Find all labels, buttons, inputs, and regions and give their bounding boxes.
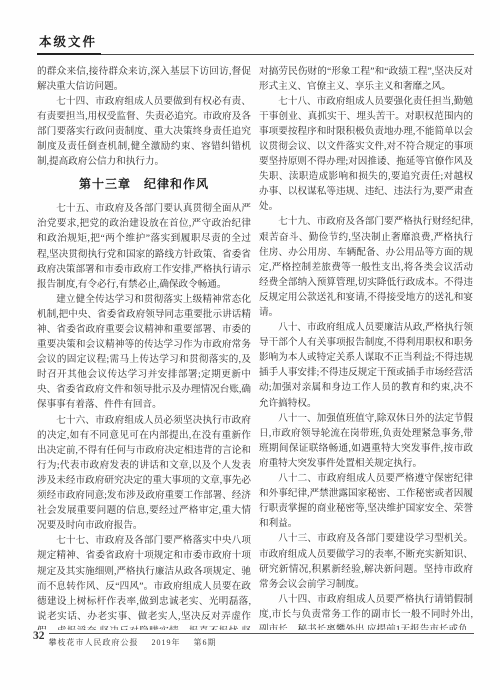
page-number: 32 [33,630,45,642]
paragraph: 八十三、市政府及各部门要建设学习型机关。市政府组成人员要做学习的表率,不断充实新… [259,531,473,591]
chapter-heading: 第十三章 纪律和作风 [37,177,251,192]
left-column: 的群众来信,接待群众来访,深入基层下访回访,督促解决重大信访问题。 七十四、市政… [37,64,251,630]
section-label: 本级文件 [37,36,101,55]
footer-rule: 攀枝花市人民政府公报 2019年 第6期 [49,633,475,648]
paragraph: 七十六、市政府组成人员必须坚决执行市政府的决定,如有不同意见可在内部提出,在没有… [37,413,251,534]
body-columns: 的群众来信,接待群众来访,深入基层下访回访,督促解决重大信访问题。 七十四、市政… [37,64,474,630]
page-footer: 32 攀枝花市人民政府公报 2019年 第6期 [33,633,474,648]
paragraph: 八十四、市政府组成人员要严格执行请销假制度,市长与负责常务工作的副市长一般不同时… [259,592,473,630]
paragraph: 七十八、市政府组成人员要强化责任担当,勤勉干事创业、真抓实干、埋头苦干。对职权范… [259,94,473,215]
paragraph: 八十、市政府组成人员要廉洁从政,严格执行领导干部个人有关事项报告制度,不得利用职… [259,320,473,411]
paragraph: 八十一、加强值班值守,除双休日外的法定节假日,市政府领导轮流在岗带班,负责处理紧… [259,411,473,471]
paragraph: 七十七、市政府及各部门要严格落实中央八项规定精神、省委省政府十项规定和市委市政府… [37,533,251,629]
publication-issue: 第6期 [194,638,217,647]
paragraph: 建立健全传达学习和贯彻落实上级精神常态化机制,把中央、省委省政府领导同志重要批示… [37,292,251,413]
paragraph: 对搞劳民伤财的“形象工程”和“政绩工程”,坚决反对形式主义、官僚主义、享乐主义和… [259,64,473,94]
paragraph: 七十四、市政府组成人员要做到有权必有责、有责要担当,用权受监督、失责必追究。市政… [37,94,251,169]
right-column: 对搞劳民伤财的“形象工程”和“政绩工程”,坚决反对形式主义、官僚主义、享乐主义和… [259,64,473,630]
gazette-page: 本级文件 的群众来信,接待群众来访,深入基层下访回访,督促解决重大信访问题。 七… [0,0,500,690]
publication-title: 攀枝花市人民政府公报 [49,638,139,647]
paragraph: 的群众来信,接待群众来访,深入基层下访回访,督促解决重大信访问题。 [37,64,251,94]
publication-year: 2019年 [152,638,181,647]
paragraph: 七十九、市政府及各部门要严格执行财经纪律,艰苦奋斗、勤俭节约,坚决制止奢靡浪费,… [259,214,473,320]
paragraph: 七十五、市政府及各部门要认真贯彻全面从严治党要求,把党的政治建设放在首位,严守政… [37,201,251,292]
running-head: 本级文件 [37,34,474,55]
paragraph: 八十二、市政府组成人员要严格遵守保密纪律和外事纪律,严禁泄露国家秘密、工作秘密或… [259,471,473,531]
